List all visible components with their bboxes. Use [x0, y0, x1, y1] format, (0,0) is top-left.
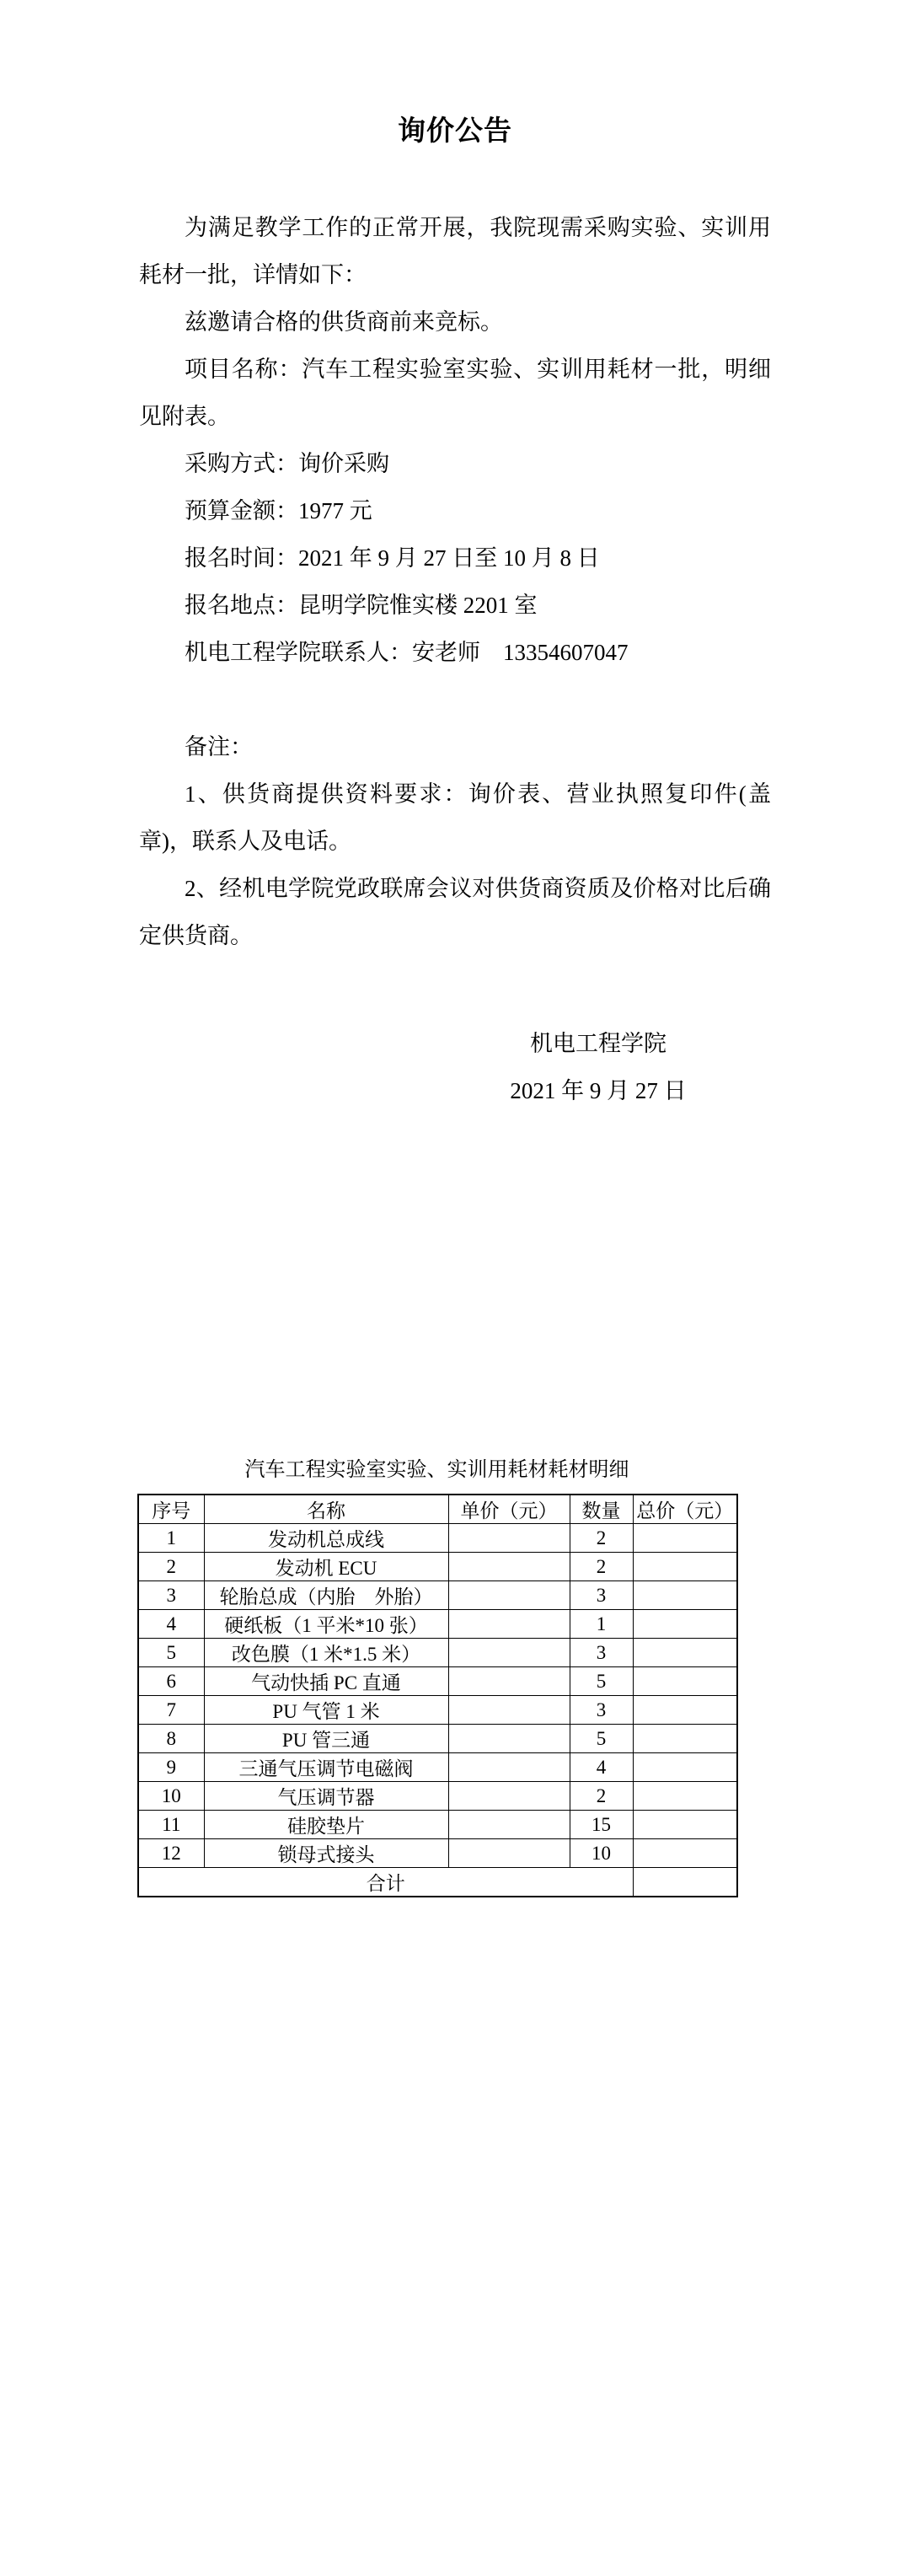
cell-no: 12 — [138, 1839, 204, 1868]
cell-qty: 2 — [570, 1782, 633, 1811]
cell-qty: 3 — [570, 1581, 633, 1610]
cell-name: 发动机 ECU — [204, 1553, 448, 1581]
cell-name: 硅胶垫片 — [204, 1811, 448, 1839]
cell-qty: 2 — [570, 1553, 633, 1581]
cell-total — [633, 1553, 737, 1581]
table-row: 6气动快插 PC 直通5 — [138, 1667, 737, 1696]
cell-no: 11 — [138, 1811, 204, 1839]
cell-no: 8 — [138, 1725, 204, 1753]
column-header: 序号 — [138, 1495, 204, 1524]
paragraph: 报名时间：2021 年 9 月 27 日至 10 月 8 日 — [139, 534, 771, 582]
cell-total — [633, 1725, 737, 1753]
paragraph: 为满足教学工作的正常开展，我院现需采购实验、实训用耗材一批，详情如下： — [139, 204, 771, 298]
cell-no: 1 — [138, 1524, 204, 1553]
paragraph: 1、供货商提供资料要求：询价表、营业执照复印件(盖章)，联系人及电话。 — [139, 770, 771, 865]
table-row: 9三通气压调节电磁阀4 — [138, 1753, 737, 1782]
paragraph: 报名地点：昆明学院惟实楼 2201 室 — [139, 582, 771, 629]
table-row: 2发动机 ECU2 — [138, 1553, 737, 1581]
paragraph — [139, 676, 771, 723]
cell-qty: 15 — [570, 1811, 633, 1839]
document-title: 询价公告 — [0, 0, 910, 155]
cell-qty: 4 — [570, 1753, 633, 1782]
paragraph: 预算金额：1977 元 — [139, 487, 771, 534]
column-header: 数量 — [570, 1495, 633, 1524]
cell-total — [633, 1782, 737, 1811]
table-row: 4硬纸板（1 平米*10 张）1 — [138, 1610, 737, 1639]
table-row: 5改色膜（1 米*1.5 米）3 — [138, 1639, 737, 1667]
cell-total — [633, 1610, 737, 1639]
cell-footer-total — [633, 1868, 737, 1897]
cell-no: 2 — [138, 1553, 204, 1581]
cell-name: 硬纸板（1 平米*10 张） — [204, 1610, 448, 1639]
cell-total — [633, 1839, 737, 1868]
cell-footer-label: 合计 — [138, 1868, 633, 1897]
cell-unit-price — [448, 1524, 570, 1553]
table-footer-row: 合计 — [138, 1868, 737, 1897]
cell-unit-price — [448, 1667, 570, 1696]
cell-name: 锁母式接头 — [204, 1839, 448, 1868]
cell-no: 9 — [138, 1753, 204, 1782]
document-body: 为满足教学工作的正常开展，我院现需采购实验、实训用耗材一批，详情如下：兹邀请合格… — [139, 204, 771, 959]
cell-name: PU 气管 1 米 — [204, 1696, 448, 1725]
cell-unit-price — [448, 1696, 570, 1725]
attachment-table-title: 汽车工程实验室实验、实训用耗材耗材明细 — [137, 1446, 736, 1494]
cell-unit-price — [448, 1839, 570, 1868]
paragraph: 2、经机电学院党政联席会议对供货商资质及价格对比后确定供货商。 — [139, 865, 771, 959]
cell-total — [633, 1581, 737, 1610]
cell-unit-price — [448, 1811, 570, 1839]
cell-total — [633, 1667, 737, 1696]
cell-total — [633, 1524, 737, 1553]
cell-no: 6 — [138, 1667, 204, 1696]
cell-no: 10 — [138, 1782, 204, 1811]
attachment-section: 汽车工程实验室实验、实训用耗材耗材明细 序号名称单价（元）数量总价（元） 1发动… — [0, 1446, 910, 1897]
cell-unit-price — [448, 1639, 570, 1667]
table-row: 7PU 气管 1 米3 — [138, 1696, 737, 1725]
cell-no: 3 — [138, 1581, 204, 1610]
table-row: 10气压调节器2 — [138, 1782, 737, 1811]
column-header: 单价（元） — [448, 1495, 570, 1524]
cell-name: 改色膜（1 米*1.5 米） — [204, 1639, 448, 1667]
cell-no: 5 — [138, 1639, 204, 1667]
cell-qty: 1 — [570, 1610, 633, 1639]
column-header: 名称 — [204, 1495, 448, 1524]
paragraph: 项目名称：汽车工程实验室实验、实训用耗材一批，明细见附表。 — [139, 346, 771, 440]
cell-name: 发动机总成线 — [204, 1524, 448, 1553]
signature-org: 机电工程学院 — [421, 1020, 775, 1067]
table-body: 1发动机总成线22发动机 ECU23轮胎总成（内胎 外胎）34硬纸板（1 平米*… — [138, 1524, 737, 1897]
cell-unit-price — [448, 1782, 570, 1811]
cell-total — [633, 1811, 737, 1839]
cell-no: 7 — [138, 1696, 204, 1725]
paragraph: 兹邀请合格的供货商前来竞标。 — [139, 298, 771, 346]
cell-qty: 5 — [570, 1725, 633, 1753]
cell-qty: 5 — [570, 1667, 633, 1696]
cell-no: 4 — [138, 1610, 204, 1639]
table-row: 12锁母式接头10 — [138, 1839, 737, 1868]
cell-unit-price — [448, 1581, 570, 1610]
cell-unit-price — [448, 1553, 570, 1581]
cell-unit-price — [448, 1725, 570, 1753]
cell-name: 轮胎总成（内胎 外胎） — [204, 1581, 448, 1610]
paragraph: 机电工程学院联系人：安老师 13354607047 — [139, 629, 771, 676]
table-row: 3轮胎总成（内胎 外胎）3 — [138, 1581, 737, 1610]
document-page: 询价公告 为满足教学工作的正常开展，我院现需采购实验、实训用耗材一批，详情如下：… — [0, 0, 910, 2576]
table-header-row: 序号名称单价（元）数量总价（元） — [138, 1495, 737, 1524]
cell-unit-price — [448, 1610, 570, 1639]
cell-name: 气压调节器 — [204, 1782, 448, 1811]
cell-qty: 3 — [570, 1639, 633, 1667]
cell-qty: 3 — [570, 1696, 633, 1725]
cell-unit-price — [448, 1753, 570, 1782]
cell-qty: 10 — [570, 1839, 633, 1868]
cell-name: 气动快插 PC 直通 — [204, 1667, 448, 1696]
table-row: 1发动机总成线2 — [138, 1524, 737, 1553]
cell-name: 三通气压调节电磁阀 — [204, 1753, 448, 1782]
cell-total — [633, 1753, 737, 1782]
table-row: 11硅胶垫片15 — [138, 1811, 737, 1839]
paragraph: 采购方式：询价采购 — [139, 440, 771, 487]
signature-date: 2021 年 9 月 27 日 — [421, 1067, 775, 1114]
cell-qty: 2 — [570, 1524, 633, 1553]
cell-name: PU 管三通 — [204, 1725, 448, 1753]
paragraph: 备注： — [139, 723, 771, 770]
column-header: 总价（元） — [633, 1495, 737, 1524]
signature-block: 机电工程学院 2021 年 9 月 27 日 — [421, 1020, 775, 1114]
cell-total — [633, 1639, 737, 1667]
materials-table: 序号名称单价（元）数量总价（元） 1发动机总成线22发动机 ECU23轮胎总成（… — [137, 1494, 738, 1897]
cell-total — [633, 1696, 737, 1725]
table-row: 8PU 管三通5 — [138, 1725, 737, 1753]
